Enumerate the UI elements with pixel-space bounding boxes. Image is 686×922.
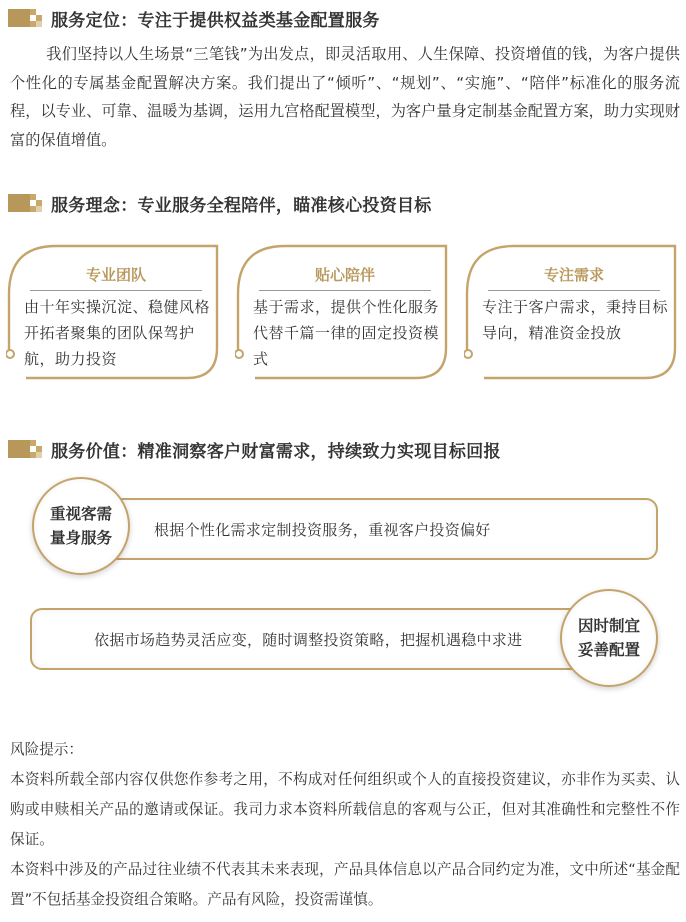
intro-paragraph: 我们坚持以人生场景“三笔钱”为出发点，即灵活取用、人生保障、投资增值的钱，为客户… <box>10 40 680 154</box>
card-focus-on-needs: 专注需求 专注于客户需求，秉持目标导向，精准资金投放 <box>464 244 678 380</box>
section-title-text: 服务定位：专注于提供权益类基金配置服务 <box>51 6 380 31</box>
value-badge-customized-service: 重视客需量身服务 <box>32 477 130 575</box>
section-title-positioning: 服务定位：专注于提供权益类基金配置服务 <box>8 5 380 31</box>
gold-block-checker-icon <box>8 9 44 27</box>
section-title-text: 服务价值：精准洞察客户财富需求，持续致力实现目标回报 <box>51 437 501 462</box>
risk-disclaimer: 风险提示： 本资料所载全部内容仅供您作参考之用，不构成对任何组织或个人的直接投资… <box>10 735 680 915</box>
value-text: 依据市场趋势灵活应变，随时调整投资策略，把握机遇稳中求进 <box>94 629 522 650</box>
card-body: 专注于客户需求，秉持目标导向，精准资金投放 <box>482 294 674 346</box>
value-badge-adaptive-allocation: 因时制宜妥善配置 <box>560 589 658 687</box>
value-badge-text: 因时制宜妥善配置 <box>576 614 642 662</box>
card-divider <box>488 290 660 291</box>
card-divider <box>30 290 202 291</box>
gold-block-checker-icon <box>8 194 44 212</box>
value-text: 根据个性化需求定制投资服务，重视客户投资偏好 <box>154 519 491 540</box>
value-box-customized-service: 根据个性化需求定制投资服务，重视客户投资偏好 <box>96 498 658 560</box>
card-heading: 专业团队 <box>30 264 202 285</box>
section-title-value: 服务价值：精准洞察客户财富需求，持续致力实现目标回报 <box>8 436 501 462</box>
risk-label: 风险提示： <box>10 735 680 765</box>
card-body: 由十年实操沉淀、稳健风格开拓者聚集的团队保驾护航，助力投资 <box>24 294 216 372</box>
card-attentive-companion: 贴心陪伴 基于需求，提供个性化服务代替千篇一律的固定投资模式 <box>235 244 449 380</box>
card-heading: 贴心陪伴 <box>259 264 431 285</box>
card-body: 基于需求，提供个性化服务代替千篇一律的固定投资模式 <box>253 294 445 372</box>
value-badge-text: 重视客需量身服务 <box>48 502 114 550</box>
card-heading: 专注需求 <box>488 264 660 285</box>
card-divider <box>259 290 431 291</box>
risk-paragraph: 本资料所载全部内容仅供您作参考之用，不构成对任何组织或个人的直接投资建议，亦非作… <box>10 765 680 855</box>
intro-paragraph-text: 我们坚持以人生场景“三笔钱”为出发点，即灵活取用、人生保障、投资增值的钱，为客户… <box>10 45 680 149</box>
risk-paragraph: 本资料中涉及的产品过往业绩不代表其未来表现，产品具体信息以产品合同约定为准，文中… <box>10 855 680 915</box>
value-box-adaptive-allocation: 依据市场趋势灵活应变，随时调整投资策略，把握机遇稳中求进 <box>30 608 590 670</box>
card-professional-team: 专业团队 由十年实操沉淀、稳健风格开拓者聚集的团队保驾护航，助力投资 <box>6 244 220 380</box>
gold-block-checker-icon <box>8 440 44 458</box>
section-title-philosophy: 服务理念：专业服务全程陪伴，瞄准核心投资目标 <box>8 190 432 216</box>
section-title-text: 服务理念：专业服务全程陪伴，瞄准核心投资目标 <box>51 191 432 216</box>
